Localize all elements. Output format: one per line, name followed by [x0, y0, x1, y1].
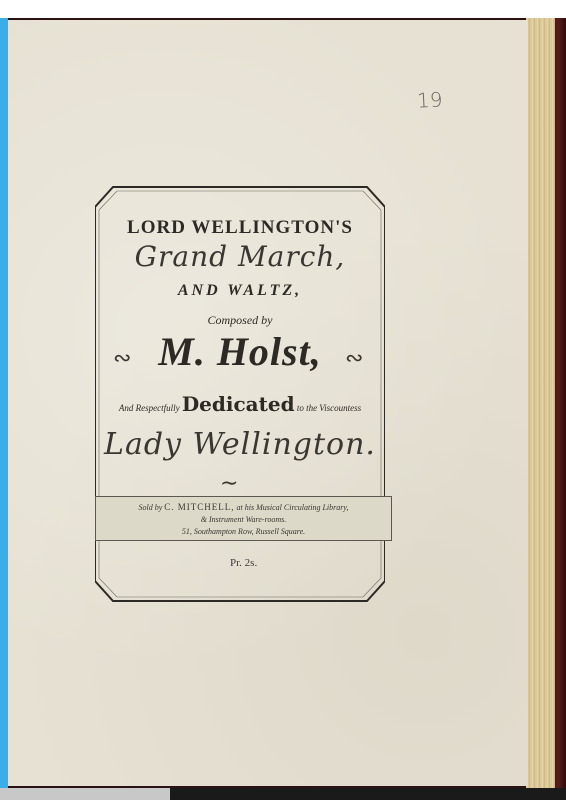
- folio-number: 19: [416, 87, 443, 112]
- dedication-line: And Respectfully Dedicated to the Viscou…: [95, 392, 385, 416]
- composed-by-label: Composed by: [95, 313, 385, 328]
- price-label: Pr. 2s.: [230, 557, 257, 569]
- title-line-2: Grand March,: [95, 240, 385, 273]
- publisher-line-3: 51, Southampton Row, Russell Square.: [96, 526, 391, 538]
- publisher-prefix: Sold by: [139, 503, 163, 512]
- publisher-line-1: Sold by C. MITCHELL, at his Musical Circ…: [96, 501, 391, 514]
- title-line-3: AND WALTZ,: [95, 282, 385, 300]
- flourish-right-icon: ∾: [345, 345, 363, 371]
- dedicatee-name: Lady Wellington.: [95, 427, 385, 462]
- dedication-suffix: to the Viscountess: [297, 403, 361, 413]
- dedication-prefix: And Respectfully: [119, 403, 180, 413]
- book-page-edges: [526, 18, 555, 788]
- flourish-left-icon: ∾: [113, 345, 131, 371]
- title-line-1: LORD WELLINGTON'S: [95, 217, 385, 239]
- dedication-emphasis: Dedicated: [182, 392, 295, 416]
- publisher-line-2: & Instrument Ware-rooms.: [96, 514, 391, 526]
- composer-name: M. Holst,: [95, 328, 385, 375]
- scan-edge-strip: [0, 18, 8, 788]
- scan-bottom-edge: [0, 788, 566, 800]
- flourish-bottom-icon: ∼: [220, 470, 238, 496]
- publisher-imprint: Sold by C. MITCHELL, at his Musical Circ…: [95, 496, 392, 541]
- publisher-name: C. MITCHELL,: [164, 502, 234, 512]
- publisher-suffix: at his Musical Circulating Library,: [237, 503, 349, 512]
